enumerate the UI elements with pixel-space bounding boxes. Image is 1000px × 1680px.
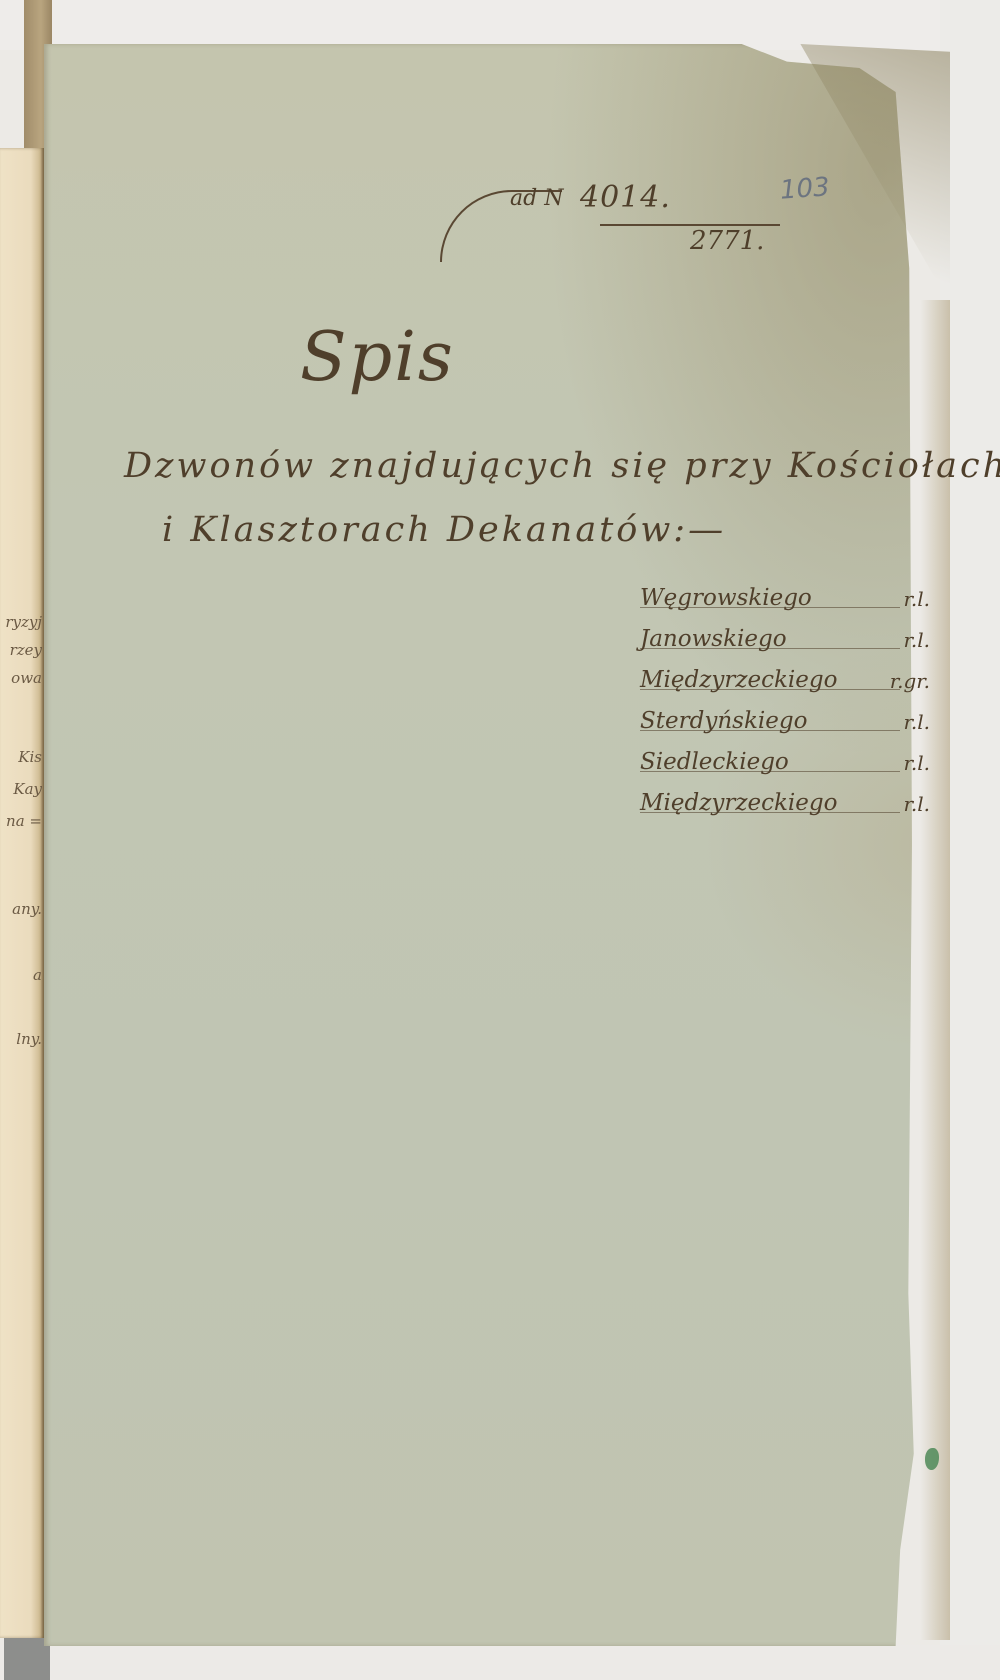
reference-sub-number: 2771. [690,226,764,256]
underlying-text: a [0,966,42,984]
list-item: Węgrowskiego r.l. [640,585,940,626]
deanery-abbr: r.l. [904,751,930,775]
scan-background-bottom [0,1645,1000,1680]
deanery-abbr: r.l. [904,628,930,652]
document-subtitle-line-2: i Klasztorach Dekanatów:— [162,510,726,550]
deanery-list: Węgrowskiego r.l. Janowskiego r.l. Międz… [640,585,940,831]
list-item: Międzyrzeckiego r.l. [640,790,940,831]
list-item: Sterdyńskiego r.l. [640,708,940,749]
underlying-text: Kis [0,748,42,766]
deanery-name: Sterdyńskiego [640,708,807,734]
document-title: Spis [300,318,455,397]
deanery-abbr: r.gr. [890,669,930,693]
underlying-text: Kay [0,780,42,798]
underlying-text: rzey [0,641,42,659]
list-item: Janowskiego r.l. [640,626,940,667]
underlying-text: lny. [0,1030,42,1048]
underlying-text: na = [0,812,42,830]
scan-background-top [0,0,1000,50]
list-item: Siedleckiego r.l. [640,749,940,790]
binding-strip-bottom [4,1635,50,1680]
reference-prefix: ad N [510,186,563,211]
deanery-name: Janowskiego [640,626,787,652]
reference-number: 4014. [580,180,671,215]
list-item: Międzyrzeckiego r.gr. [640,667,940,708]
deanery-abbr: r.l. [904,587,930,611]
deanery-name: Międzyrzeckiego [640,790,837,816]
underlying-text: any. [0,900,42,918]
folio-number: 103 [779,172,831,205]
manuscript-page [44,44,950,1646]
deanery-name: Siedleckiego [640,749,789,775]
underlying-text: owa [0,669,42,687]
deanery-name: Międzyrzeckiego [640,667,837,693]
deanery-abbr: r.l. [904,792,930,816]
deanery-name: Węgrowskiego [640,585,812,611]
edge-stain [920,300,950,1640]
underlying-page: ryzyj rzey owa Kis Kay na = any. a lny. [0,148,44,1638]
document-subtitle-line-1: Dzwonów znajdujących się przy Kościołach [124,446,1000,486]
deanery-abbr: r.l. [904,710,930,734]
underlying-text: ryzyj [0,613,42,631]
